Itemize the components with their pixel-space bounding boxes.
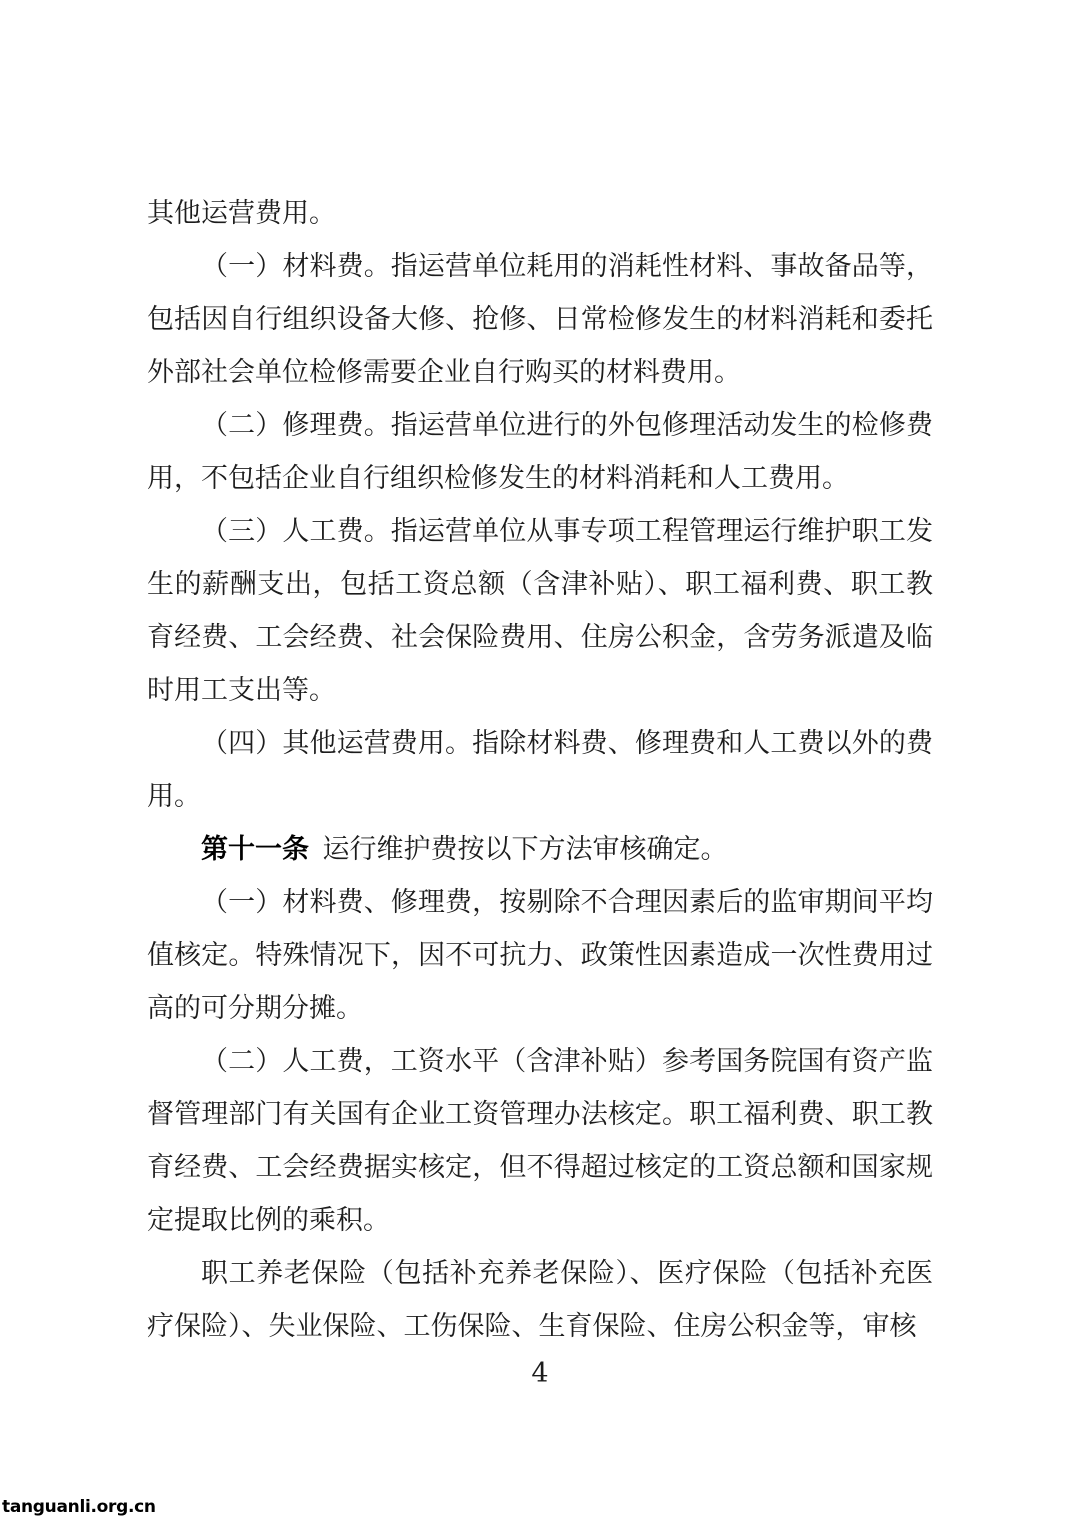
paragraph-article-11: 第十一条运行维护费按以下方法审核确定。 (147, 823, 933, 876)
article-text: 运行维护费按以下方法审核确定。 (323, 834, 728, 865)
paragraph-insurance: 职工养老保险（包括补充养老保险）、医疗保险（包括补充医疗保险）、失业保险、工伤保… (147, 1247, 933, 1353)
document-body: 其他运营费用。 （一）材料费。指运营单位耗用的消耗性材料、事故备品等，包括因自行… (147, 187, 933, 1353)
paragraph-continuation: 其他运营费用。 (147, 187, 933, 240)
paragraph-method-2: （二）人工费，工资水平（含津补贴）参考国务院国有资产监督管理部门有关国有企业工资… (147, 1035, 933, 1247)
paragraph-item-3-labor-fee: （三）人工费。指运营单位从事专项工程管理运行维护职工发生的薪酬支出，包括工资总额… (147, 505, 933, 717)
paragraph-item-4-other-fee: （四）其他运营费用。指除材料费、修理费和人工费以外的费用。 (147, 717, 933, 823)
paragraph-item-2-repair-fee: （二）修理费。指运营单位进行的外包修理活动发生的检修费用，不包括企业自行组织检修… (147, 399, 933, 505)
article-number: 第十一条 (201, 834, 309, 865)
document-page: 其他运营费用。 （一）材料费。指运营单位耗用的消耗性材料、事故备品等，包括因自行… (0, 0, 1080, 1527)
page-number: 4 (0, 1358, 1080, 1390)
paragraph-item-1-material-fee: （一）材料费。指运营单位耗用的消耗性材料、事故备品等，包括因自行组织设备大修、抢… (147, 240, 933, 399)
watermark-url: tanguanli.org.cn (2, 1497, 156, 1517)
paragraph-method-1: （一）材料费、修理费，按剔除不合理因素后的监审期间平均值核定。特殊情况下，因不可… (147, 876, 933, 1035)
